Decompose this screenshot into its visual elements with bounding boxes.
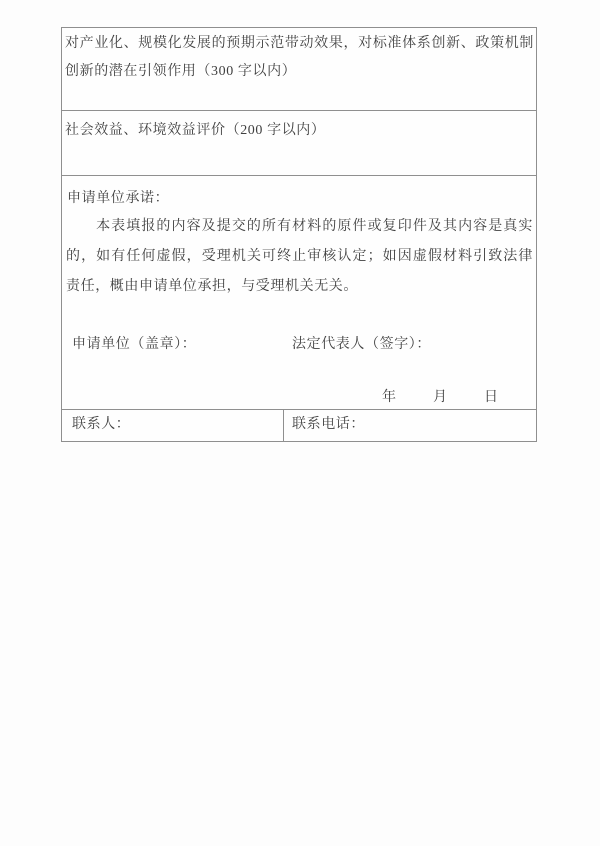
- contact-person-label: 联系人：: [72, 417, 130, 432]
- social-environmental-benefit-cell: 社会效益、环境效益评价（200 字以内）: [62, 111, 536, 176]
- date-year-label: 年: [382, 388, 396, 408]
- contact-phone-label: 联系电话：: [292, 417, 365, 432]
- commitment-statement: 本表填报的内容及提交的所有材料的原件或复印件及其内容是真实的，如有任何虚假，受理…: [66, 212, 533, 302]
- contact-phone-cell: 联系电话：: [284, 410, 536, 441]
- industrialization-impact-cell: 对产业化、规模化发展的预期示范带动效果，对标准体系创新、政策机制创新的潜在引领作…: [62, 28, 536, 111]
- document-page: 对产业化、规模化发展的预期示范带动效果，对标准体系创新、政策机制创新的潜在引领作…: [0, 0, 600, 846]
- contact-person-cell: 联系人：: [62, 410, 284, 441]
- applicant-seal-label: 申请单位（盖章）：: [72, 334, 292, 356]
- applicant-commitment-cell: 申请单位承诺： 本表填报的内容及提交的所有材料的原件或复印件及其内容是真实的，如…: [62, 176, 536, 410]
- date-day-label: 日: [484, 388, 498, 408]
- application-form-table: 对产业化、规模化发展的预期示范带动效果，对标准体系创新、政策机制创新的潜在引领作…: [61, 27, 537, 442]
- commitment-title: 申请单位承诺：: [67, 188, 169, 210]
- industrialization-impact-label: 对产业化、规模化发展的预期示范带动效果，对标准体系创新、政策机制创新的潜在引领作…: [65, 30, 534, 86]
- contact-row: 联系人： 联系电话：: [62, 410, 536, 441]
- legal-representative-sign-label: 法定代表人（签字）：: [292, 337, 431, 352]
- date-month-label: 月: [433, 388, 447, 408]
- date-line: 年 月 日: [62, 388, 498, 408]
- social-environmental-benefit-label: 社会效益、环境效益评价（200 字以内）: [65, 117, 534, 145]
- signature-line: 申请单位（盖章）：法定代表人（签字）：: [72, 334, 532, 356]
